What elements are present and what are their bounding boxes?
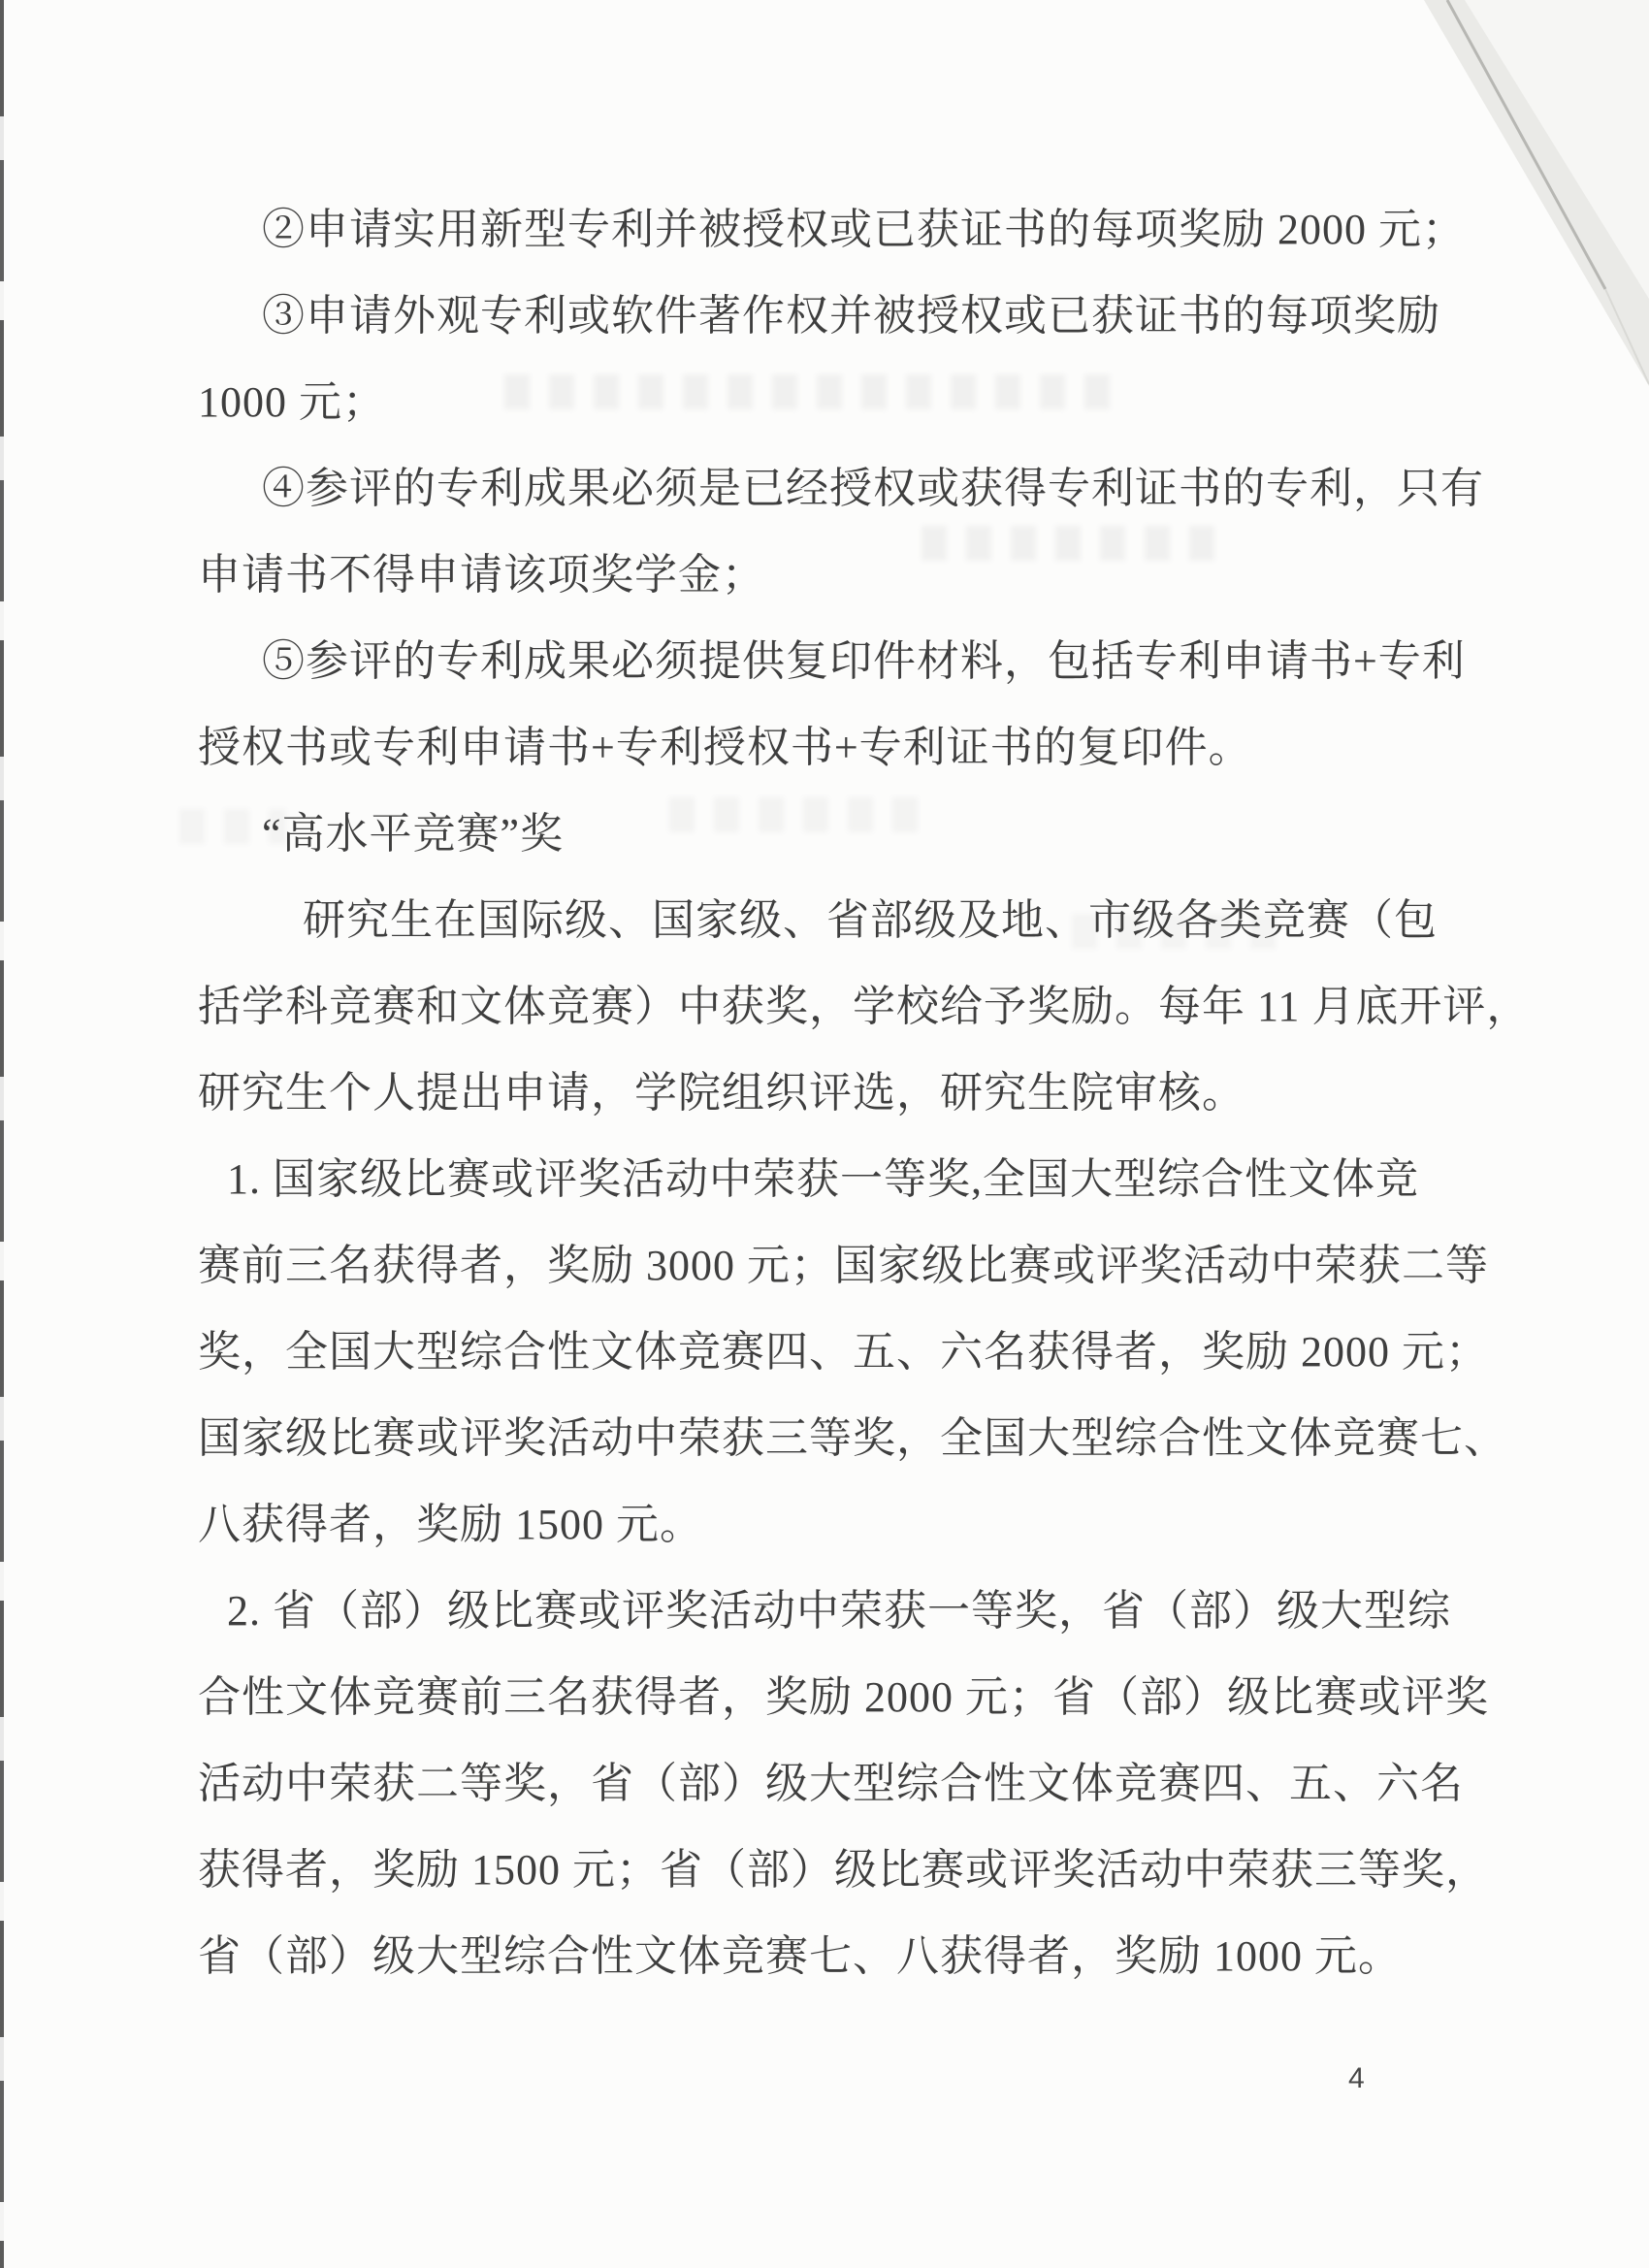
- text-line: 活动中荣获二等奖，省（部）级大型综合性文体竞赛四、五、六名: [198, 1740, 1509, 1827]
- text-line: 1. 国家级比赛或评奖活动中荣获一等奖,全国大型综合性文体竞: [198, 1136, 1509, 1222]
- text-line: 省（部）级大型综合性文体竞赛七、八获得者，奖励 1000 元。: [198, 1913, 1509, 1999]
- text-line: 八获得者，奖励 1500 元。: [198, 1481, 1509, 1568]
- text-line: ④参评的专利成果必须是已经授权或获得专利证书的专利，只有: [198, 445, 1509, 532]
- text-line: 获得者，奖励 1500 元；省（部）级比赛或评奖活动中荣获三等奖，: [198, 1827, 1509, 1913]
- page-number: 4: [1348, 2062, 1365, 2095]
- text-line: 括学科竞赛和文体竞赛）中获奖，学校给予奖励。每年 11 月底开评，: [198, 963, 1509, 1050]
- text-line: ②申请实用新型专利并被授权或已获证书的每项奖励 2000 元；: [198, 186, 1509, 273]
- scanner-edge-artifact: [0, 0, 4, 2268]
- text-line: 2. 省（部）级比赛或评奖活动中荣获一等奖，省（部）级大型综: [198, 1568, 1509, 1654]
- text-line: 1000 元；: [198, 359, 1509, 445]
- text-line: 赛前三名获得者，奖励 3000 元；国家级比赛或评奖活动中荣获二等: [198, 1222, 1509, 1309]
- text-line: 奖，全国大型综合性文体竞赛四、五、六名获得者，奖励 2000 元；: [198, 1309, 1509, 1395]
- text-line: 申请书不得申请该项奖学金；: [198, 532, 1509, 618]
- text-line: 研究生个人提出申请，学院组织评选，研究生院审核。: [198, 1050, 1509, 1136]
- text-line: ⑤参评的专利成果必须提供复印件材料，包括专利申请书+专利: [198, 618, 1509, 704]
- text-line: 国家级比赛或评奖活动中荣获三等奖，全国大型综合性文体竞赛七、: [198, 1395, 1509, 1481]
- text-line: 研究生在国际级、国家级、省部级及地、市级各类竞赛（包: [198, 877, 1509, 963]
- text-line: “高水平竞赛”奖: [198, 791, 1509, 877]
- text-line: 合性文体竞赛前三名获得者，奖励 2000 元；省（部）级比赛或评奖: [198, 1654, 1509, 1740]
- text-line: 授权书或专利申请书+专利授权书+专利证书的复印件。: [198, 704, 1509, 791]
- scanned-page: ②申请实用新型专利并被授权或已获证书的每项奖励 2000 元；③申请外观专利或软…: [0, 0, 1649, 2268]
- text-line: ③申请外观专利或软件著作权并被授权或已获证书的每项奖励: [198, 273, 1509, 359]
- document-body: ②申请实用新型专利并被授权或已获证书的每项奖励 2000 元；③申请外观专利或软…: [198, 186, 1509, 1999]
